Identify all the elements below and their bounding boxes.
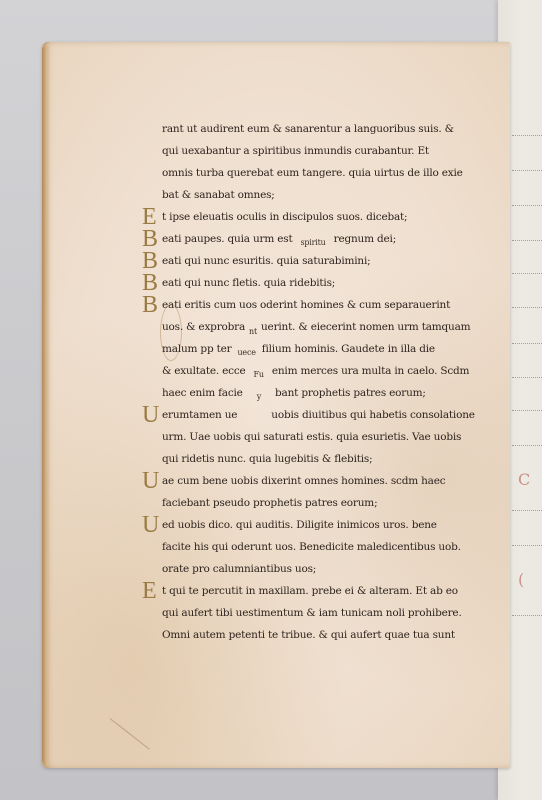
- text-line: orate pro calumniantibus uos;: [162, 558, 316, 580]
- text-line: Omni autem petenti te tribue. & qui aufe…: [162, 624, 455, 646]
- initial-letter: B: [142, 272, 158, 294]
- text-line: t ipse eleuatis oculis in discipulos suo…: [162, 206, 407, 228]
- facing-page-line: [512, 440, 542, 446]
- initial-letter: E: [142, 206, 157, 228]
- facing-page-line: [512, 540, 542, 546]
- text-line: qui ridetis nunc. quia lugebitis & flebi…: [162, 448, 372, 470]
- text-line: bat & sanabat omnes;: [162, 184, 275, 206]
- parchment-crease: [110, 718, 150, 750]
- page-edge: [42, 46, 50, 764]
- text-line: ae cum bene uobis dixerint omnes homines…: [162, 470, 445, 492]
- facing-page-line: [512, 235, 542, 241]
- text-line: malum pp teruecefilium hominis. Gaudete …: [162, 338, 435, 360]
- text-line: faciebant pseudo prophetis patres eorum;: [162, 492, 377, 514]
- initial-letter: U: [142, 404, 159, 426]
- facing-page-line: [512, 200, 542, 206]
- facing-page-initial: C: [518, 470, 530, 489]
- text-line: erumtamen ueuobis diuitibus qui habetis …: [162, 404, 475, 426]
- facing-page-line: [512, 302, 542, 308]
- facing-page-line: [512, 405, 542, 411]
- text-line: omnis turba querebat eum tangere. quia u…: [162, 162, 463, 184]
- text-line: t qui te percutit in maxillam. prebe ei …: [162, 580, 458, 602]
- facing-page-line: [512, 268, 542, 274]
- text-line: ed uobis dico. qui auditis. Diligite ini…: [162, 514, 437, 536]
- facing-page-line: [512, 338, 542, 344]
- text-line: facite his qui oderunt uos. Benedicite m…: [162, 536, 461, 558]
- facing-page-line: [512, 505, 542, 511]
- text-line: eati qui nunc fletis. quia ridebitis;: [162, 272, 335, 294]
- text-line: haec enim facieybant prophetis patres eo…: [162, 382, 426, 404]
- text-line: & exultate. ecceFuenim merces ura multa …: [162, 360, 469, 382]
- text-line: eati eritis cum uos oderint homines & cu…: [162, 294, 450, 316]
- initial-letter: B: [142, 294, 158, 316]
- text-line: qui uexabantur a spiritibus inmundis cur…: [162, 140, 429, 162]
- facing-page-line: [512, 130, 542, 136]
- text-line: uos. & exprobrantuerint. & eiecerint nom…: [162, 316, 470, 338]
- initial-letter: E: [142, 580, 157, 602]
- text-line: urm. Uae uobis qui saturati estis. quia …: [162, 426, 461, 448]
- text-line: rant ut audirent eum & sanarentur a lang…: [162, 118, 454, 140]
- text-line: qui aufert tibi uestimentum & iam tunica…: [162, 602, 462, 624]
- facing-page-line: [512, 165, 542, 171]
- initial-letter: U: [142, 514, 159, 536]
- facing-page-initial: (: [518, 570, 524, 589]
- initial-letter: B: [142, 228, 158, 250]
- facing-page-line: [512, 610, 542, 616]
- text-line: eati qui nunc esuritis. quia saturabimin…: [162, 250, 370, 272]
- facing-page-line: [512, 372, 542, 378]
- initial-letter: B: [142, 250, 158, 272]
- initial-letter: U: [142, 470, 159, 492]
- text-line: eati paupes. quia urm estspirituregnum d…: [162, 228, 396, 250]
